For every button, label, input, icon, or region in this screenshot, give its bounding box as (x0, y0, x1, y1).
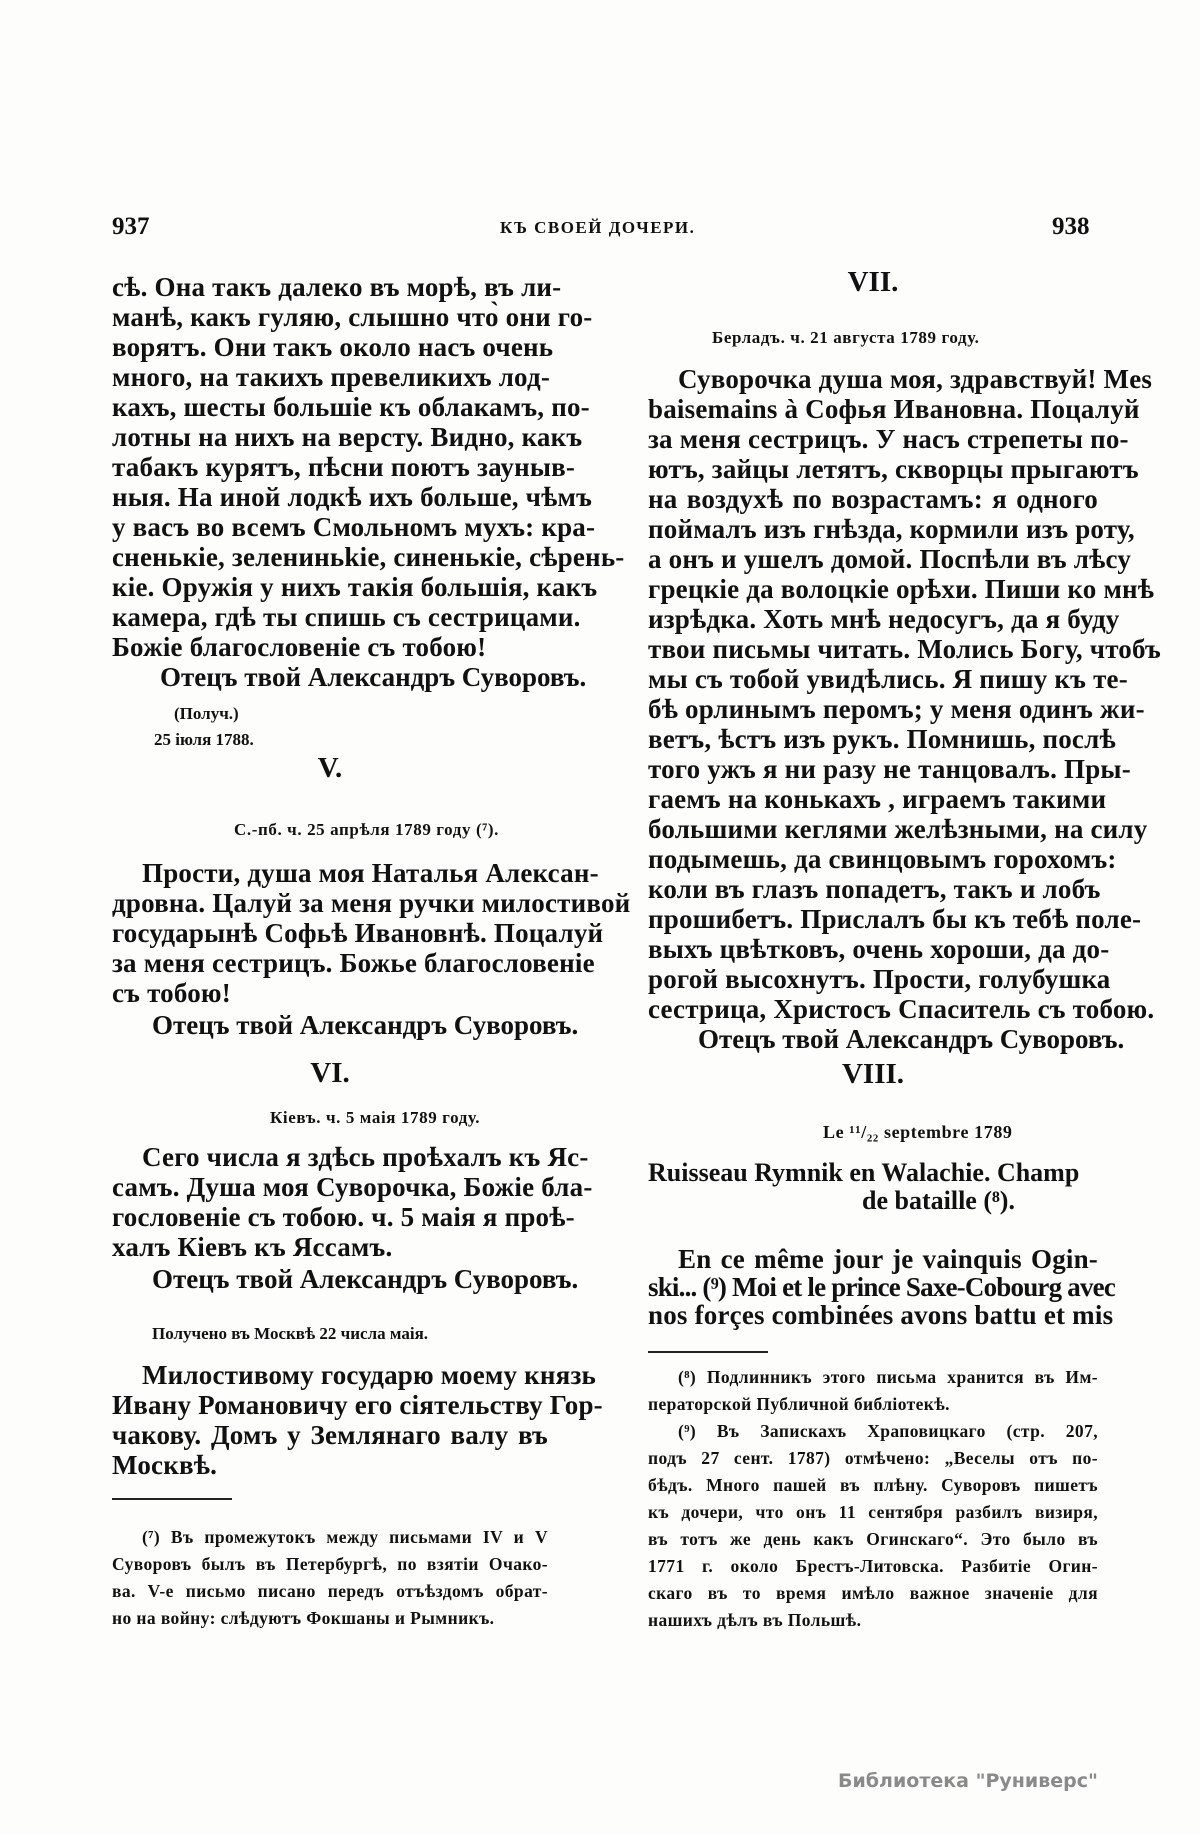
signature: Отецъ твой Александръ Суворовъ. (160, 662, 586, 692)
text-line: Сего числа я здѣсь проѣхалъ къ Яс- (112, 1142, 548, 1172)
text-line: сестрица, Христосъ Спаситель съ тобою. (648, 994, 1098, 1024)
text-line: подымешь, да свинцовымъ горохомъ: (648, 844, 1098, 874)
text-line: того ужъ я ни разу не танцовалъ. Пры- (648, 754, 1098, 784)
library-watermark: Библиотека "Руниверс" (838, 1770, 1098, 1792)
letter-numeral: VIII. (648, 1058, 1098, 1091)
text-line: камера, гдѣ ты спишь съ сестрицами. (112, 602, 548, 632)
footnote-line: Суворовъ былъ въ Петербургѣ, по взятіи О… (112, 1551, 548, 1578)
signature: Отецъ твой Александръ Суворовъ. (152, 1264, 578, 1294)
text-line: манѣ, какъ гуляю, слышно что̀ они го- (112, 302, 548, 332)
text-line: государынѣ Софьѣ Ивановнѣ. Поцалуй (112, 918, 548, 948)
received-line: Получено въ Москвѣ 22 числа маія. (152, 1324, 428, 1344)
text-line: кахъ, шесты большіе къ облакамъ, по- (112, 392, 548, 422)
text-line: ныя. На иной лодкѣ ихъ больше, чѣмъ (112, 482, 548, 512)
text-line: Ивану Романовичу его сіятельству Гор- (112, 1390, 548, 1420)
place-line: de bataille (⁸). (862, 1186, 1015, 1216)
text-line: халъ Кіевъ къ Яссамъ. (112, 1232, 548, 1262)
text-line: лотны на нихъ на версту. Видно, какъ (112, 422, 548, 452)
footnote-line: (⁹) Въ Запискахъ Храповицкаго (стр. 207, (648, 1418, 1098, 1445)
footnote-line: подъ 27 сент. 1787) отмѣчено: „Веселы от… (648, 1445, 1098, 1472)
text-line: твои письмы читать. Молись Богу, чтобъ (648, 634, 1098, 664)
text-line: поймалъ изъ гнѣзда, кормили изъ роту, (648, 514, 1098, 544)
text-line: выхъ цвѣтковъ, очень хороши, да до- (648, 934, 1098, 964)
text-line: кіе. Оружія у нихъ такія большія, какъ (112, 572, 548, 602)
footnote-line: нашихъ дѣлъ въ Польшѣ. (648, 1607, 1098, 1634)
text-line: чакову. Домъ у Землянаго валу въ (112, 1420, 548, 1450)
letter-dateline: Берладъ. ч. 21 августа 1789 году. (712, 328, 979, 348)
footnote-line: скаго въ то время имѣло важное значеніе … (648, 1580, 1098, 1607)
footnote-line: 1771 г. около Брестъ-Литовска. Разбитіе … (648, 1553, 1098, 1580)
footnote-line: (⁷) Въ промежутокъ между письмами IV и V (112, 1524, 548, 1551)
text-line: прошибетъ. Прислалъ бы къ тебѣ поле- (648, 904, 1098, 934)
footnote-line: ва. V-е письмо писано передъ отъѣздомъ о… (112, 1578, 548, 1605)
text-line: бѣ орлинымъ перомъ; у меня одинъ жи- (648, 694, 1098, 724)
page-number-left: 937 (112, 213, 150, 241)
letter-numeral: VI. (112, 1057, 548, 1090)
text-line: рогой высохнутъ. Прости, голубушка (648, 964, 1098, 994)
text-line: Милостивому государю моему князь (112, 1360, 548, 1390)
text-line: у васъ во всемъ Смольномъ мухъ: кра- (112, 512, 548, 542)
text-line: Прости, душа моя Наталья Алексан- (112, 858, 548, 888)
signature: Отецъ твой Александръ Суворовъ. (152, 1010, 578, 1040)
text-line: nos forçes combinées avons battu et mis (648, 1300, 1098, 1330)
text-line: сненькіе, зелениньkіе, синенькіе, сѣрень… (112, 542, 548, 572)
text-line: большими кеглями желѣзными, на силу (648, 814, 1098, 844)
footnote-line: но на войну: слѣдуютъ Фокшаны и Рымникъ. (112, 1605, 548, 1632)
footnote-divider (648, 1351, 768, 1353)
text-line: ворятъ. Они такъ около насъ очень (112, 332, 548, 362)
text-line: ski... (⁹) Moi et le prince Saxe-Cobourg… (648, 1272, 1098, 1302)
letter-numeral: V. (112, 752, 548, 785)
text-line: коли въ глазъ попадетъ, такъ и лобъ (648, 874, 1098, 904)
letter-dateline: С.-пб. ч. 25 апрѣля 1789 году (⁷). (234, 820, 499, 840)
letter-dateline: Кіевъ. ч. 5 маія 1789 году. (270, 1108, 480, 1128)
signature: Отецъ твой Александръ Суворовъ. (698, 1024, 1124, 1054)
text-line: за меня сестрицъ. Божье благословеніе (112, 948, 548, 978)
text-line: En ce même jour je vainquis Ogin- (648, 1244, 1098, 1274)
footnote-divider (112, 1498, 232, 1500)
text-line: Москвѣ. (112, 1450, 548, 1480)
letter-dateline: Le ¹¹/₂₂ septembre 1789 (823, 1122, 1013, 1143)
footnote-line: ператорской Публичной библіотекѣ. (648, 1391, 1098, 1418)
text-line: Божіе благословеніе съ тобою! (112, 632, 548, 662)
text-line: ютъ, зайцы летятъ, скворцы прыгаютъ (648, 454, 1098, 484)
text-line: гословеніе съ тобою. ч. 5 маія я проѣ- (112, 1202, 548, 1232)
text-line: изрѣдка. Хоть мнѣ недосугъ, да я буду (648, 604, 1098, 634)
text-line: дровна. Цалуй за меня ручки милостивой (112, 888, 548, 918)
footnote-line: бѣдъ. Много пашей въ плѣну. Суворовъ пиш… (648, 1472, 1098, 1499)
text-line: за меня сестрицъ. У насъ стрепеты по- (648, 424, 1098, 454)
place-line: Ruisseau Rymnik en Walachie. Champ (648, 1158, 1079, 1188)
text-line: гаемъ на конькахъ , играемъ такими (648, 784, 1098, 814)
page-number-right: 938 (1052, 213, 1090, 241)
letter-numeral: VII. (648, 266, 1098, 299)
received-label: (Получ.) (174, 704, 239, 724)
running-title: КЪ СВОЕЙ ДОЧЕРИ. (500, 218, 695, 238)
text-line: baisemains à Софья Ивановна. Поцалуй (648, 394, 1098, 424)
text-line: на воздухѣ по возрастамъ: я одного (648, 484, 1098, 514)
text-line: мы съ тобой увидѣлись. Я пишу къ те- (648, 664, 1098, 694)
text-line: а онъ и ушелъ домой. Поспѣли въ лѣсу (648, 544, 1098, 574)
text-line: съ тобою! (112, 978, 548, 1008)
footnote-line: (⁸) Подлинникъ этого письма хранится въ … (648, 1364, 1098, 1391)
text-line: табакъ курятъ, пѣсни поютъ зауныв- (112, 452, 548, 482)
text-line: ветъ, ѣстъ изъ рукъ. Помнишь, послѣ (648, 724, 1098, 754)
text-line: много, на такихъ превеликихъ лод- (112, 362, 548, 392)
text-line: грецкіе да волоцкіе орѣхи. Пиши ко мнѣ (648, 574, 1098, 604)
footnote-line: въ тотъ же день какъ Огинскаго“. Это был… (648, 1526, 1098, 1553)
text-line: сѣ. Она такъ далеко въ морѣ, въ ли- (112, 272, 548, 302)
footnote-line: къ дочери, что онъ 11 сентября разбилъ в… (648, 1499, 1098, 1526)
text-line: самъ. Душа моя Суворочка, Божіе бла- (112, 1172, 548, 1202)
text-line: Суворочка душа моя, здравствуй! Mes (648, 364, 1098, 394)
received-date: 25 іюля 1788. (154, 730, 254, 750)
